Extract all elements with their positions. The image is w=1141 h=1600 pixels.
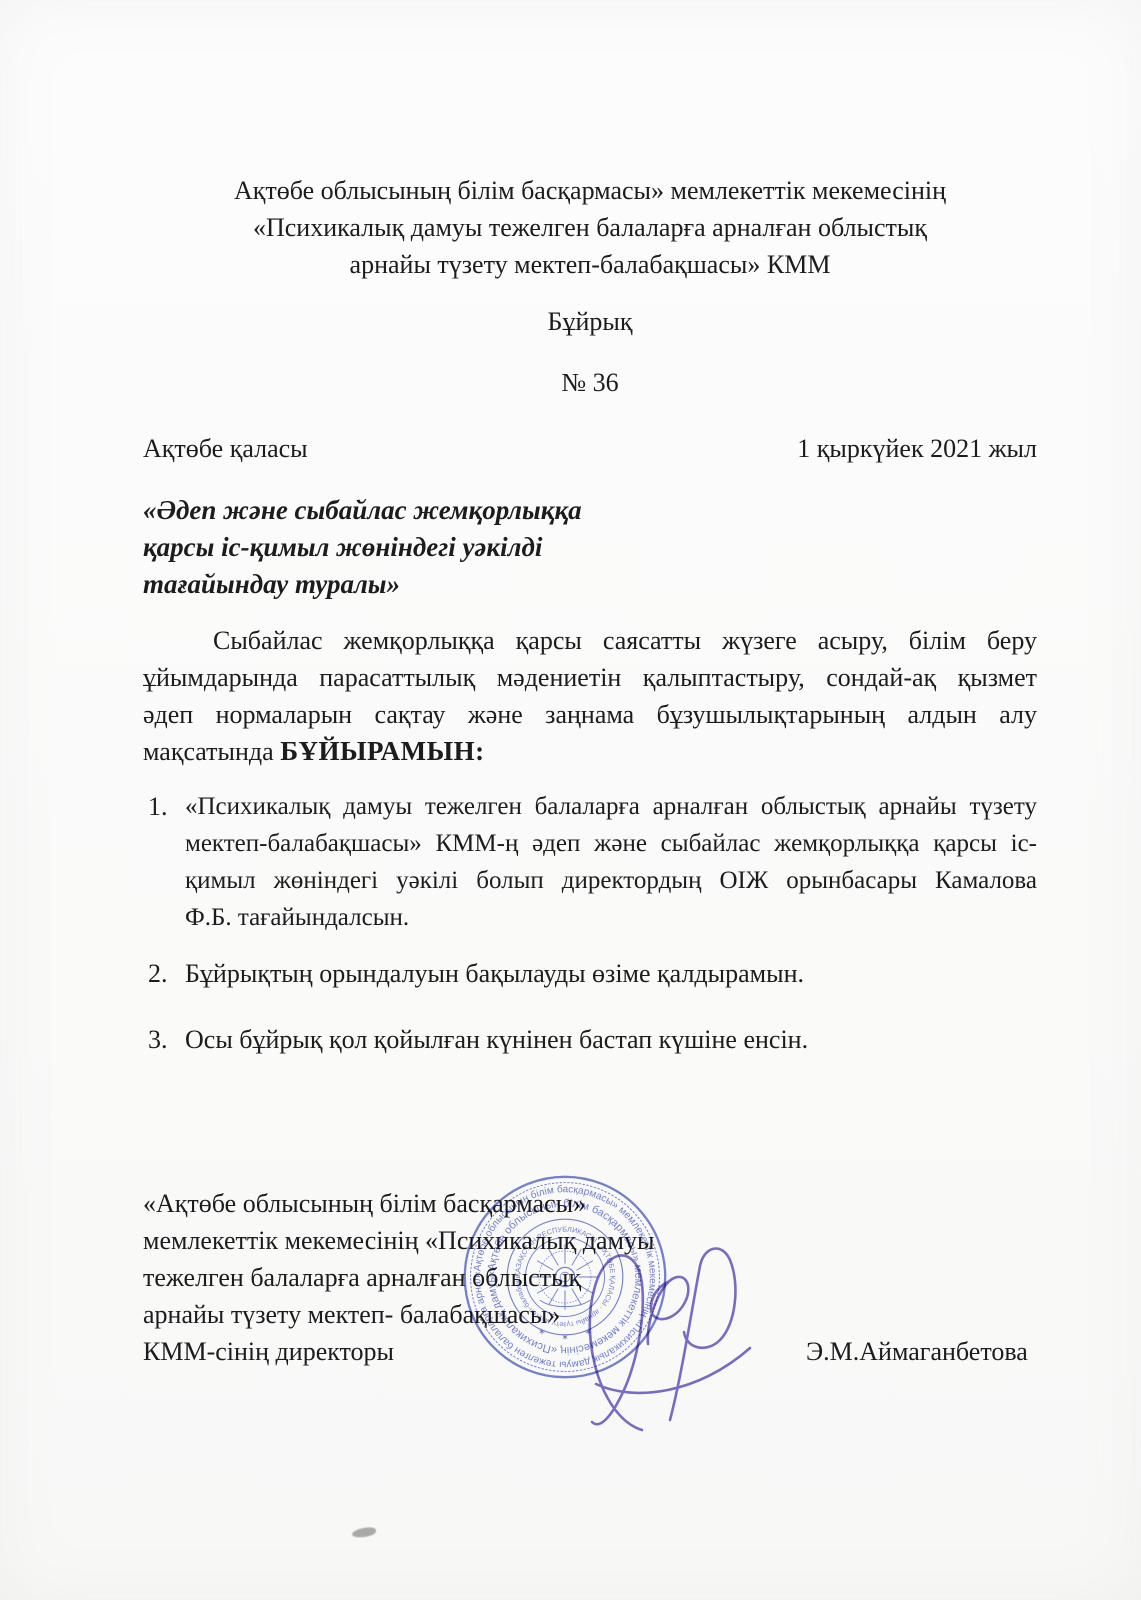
header-line: Ақтөбе облысының білім басқармасы» мемле… xyxy=(143,172,1037,209)
list-item-line: Ф.Б. тағайындалсын. xyxy=(185,899,1037,936)
preamble-line: Сыбайлас жемқорлыққа қарсы саясатты жүзе… xyxy=(143,622,1037,659)
date-label: 1 қыркүйек 2021 жыл xyxy=(797,430,1037,467)
list-item-text: Бұйрықтың орындалуын бақылауды өзіме қал… xyxy=(185,955,804,992)
preamble-closing-text: мақсатында xyxy=(143,737,280,766)
list-item: 1. «Психикалық дамуы тежелген балаларға … xyxy=(148,788,1037,936)
header-line: арнайы түзету мектеп-балабақшасы» КММ xyxy=(143,246,1037,283)
list-item: 2. Бұйрықтың орындалуын бақылауды өзіме … xyxy=(148,955,804,992)
list-item-text: «Психикалық дамуы тежелген балаларға арн… xyxy=(185,788,1037,936)
signature-scrawl xyxy=(550,1222,780,1437)
preamble-closing-line: мақсатында БҰЙЫРАМЫН: xyxy=(143,733,1037,770)
document-header: Ақтөбе облысының білім басқармасы» мемле… xyxy=(143,172,1037,283)
signer-name: Э.М.Аймаганбетова xyxy=(806,1333,1066,1370)
subject-line: қарсы іс-қимыл жөніндегі уәкілді xyxy=(143,529,763,566)
scanned-order-document: Ақтөбе облысының білім басқармасы» мемле… xyxy=(0,0,1141,1600)
preamble-paragraph: Сыбайлас жемқорлыққа қарсы саясатты жүзе… xyxy=(143,622,1037,770)
order-number: № 36 xyxy=(143,364,1037,401)
list-item: 3. Осы бұйрық қол қойылған күнінен баста… xyxy=(148,1021,808,1058)
list-item-text: Осы бұйрық қол қойылған күнінен бастап к… xyxy=(185,1021,808,1058)
list-item-line: мектеп-балабақшасы» КММ-ң әдеп және сыба… xyxy=(185,825,1037,862)
list-item-number: 2. xyxy=(148,955,185,992)
order-subject: «Әдеп және сыбайлас жемқорлыққа қарсы іс… xyxy=(143,492,763,603)
list-item-line: «Психикалық дамуы тежелген балаларға арн… xyxy=(185,788,1037,825)
list-item-line: қимыл жөніндегі уәкілі болып директордың… xyxy=(185,862,1037,899)
ink-smudge xyxy=(351,1526,376,1538)
list-item-number: 3. xyxy=(148,1021,185,1058)
city-label: Ақтөбе қаласы xyxy=(143,430,308,467)
list-item-number: 1. xyxy=(148,788,185,936)
decree-word: БҰЙЫРАМЫН: xyxy=(280,736,484,766)
preamble-line: әдеп нормаларын сақтау және заңнама бұзу… xyxy=(143,696,1037,733)
order-title: Бұйрық xyxy=(143,303,1037,340)
subject-line: тағайындау туралы» xyxy=(143,566,763,603)
header-line: «Психикалық дамуы тежелген балаларға арн… xyxy=(143,209,1037,246)
subject-line: «Әдеп және сыбайлас жемқорлыққа xyxy=(143,492,763,529)
preamble-line: ұйымдарында парасаттылық мәдениетін қалы… xyxy=(143,659,1037,696)
city-date-row: Ақтөбе қаласы 1 қыркүйек 2021 жыл xyxy=(143,430,1037,467)
svg-text:✶: ✶ xyxy=(538,1327,546,1338)
